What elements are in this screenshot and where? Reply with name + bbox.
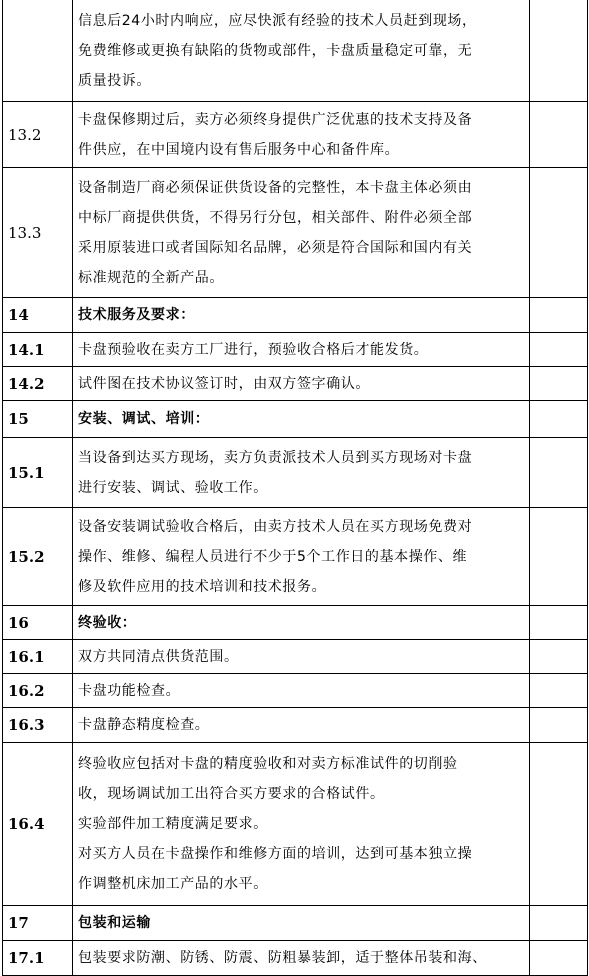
item-number: 15.1 — [3, 438, 73, 508]
remarks-cell — [530, 508, 588, 606]
remarks-cell — [530, 333, 588, 367]
description-line: 包装和运输 — [78, 908, 525, 938]
description-line: 终验收应包括对卡盘的精度验收和对卖方标准试件的切削验 — [78, 749, 525, 779]
description-line: 标准规范的全新产品。 — [78, 263, 525, 293]
section-heading: 包装和运输 — [73, 906, 530, 941]
table-row: 16.4终验收应包括对卡盘的精度验收和对卖方标准试件的切削验收，现场调试加工出符… — [3, 743, 588, 906]
remarks-cell — [530, 640, 588, 674]
description-line: 质量投诉。 — [78, 66, 525, 96]
section-heading: 技术服务及要求： — [73, 298, 530, 333]
description-line: 件供应，在中国境内设有售后服务中心和备件库。 — [78, 135, 525, 165]
item-description: 卡盘静态精度检查。 — [73, 708, 530, 743]
description-line: 信息后24小时内响应，应尽快派有经验的技术人员赶到现场， — [78, 6, 525, 36]
remarks-cell — [530, 438, 588, 508]
item-number: 17.1 — [3, 941, 73, 976]
remarks-cell — [530, 743, 588, 906]
description-line: 试件图在技术协议签订时，由双方签字确认。 — [78, 369, 525, 399]
item-description: 卡盘功能检查。 — [73, 674, 530, 708]
item-number: 13.2 — [3, 102, 73, 168]
remarks-cell — [530, 367, 588, 401]
table-row: 17.1包装要求防潮、防锈、防震、防粗暴装卸，适于整体吊装和海、 — [3, 941, 588, 976]
description-line: 卡盘静态精度检查。 — [78, 710, 525, 740]
table-row: 17包装和运输 — [3, 906, 588, 941]
item-number: 17 — [3, 906, 73, 941]
item-number: 13.3 — [3, 168, 73, 298]
section-heading: 安装、调试、培训： — [73, 401, 530, 438]
table-row: 15.2设备安装调试验收合格后，由卖方技术人员在买方现场免费对操作、维修、编程人… — [3, 508, 588, 606]
item-description: 设备安装调试验收合格后，由卖方技术人员在买方现场免费对操作、维修、编程人员进行不… — [73, 508, 530, 606]
description-line: 卡盘功能检查。 — [78, 676, 525, 706]
item-number: 14 — [3, 298, 73, 333]
table-row: 13.3设备制造厂商必须保证供货设备的完整性，本卡盘主体必须由中标厂商提供供货，… — [3, 168, 588, 298]
item-description: 设备制造厂商必须保证供货设备的完整性，本卡盘主体必须由中标厂商提供供货，不得另行… — [73, 168, 530, 298]
table-row: 15.1当设备到达买方现场，卖方负责派技术人员到买方现场对卡盘进行安装、调试、验… — [3, 438, 588, 508]
description-line: 采用原装进口或者国际知名品牌，必须是符合国际和国内有关 — [78, 233, 525, 263]
description-line: 实验部件加工精度满足要求。 — [78, 809, 525, 839]
table-row: 16.2卡盘功能检查。 — [3, 674, 588, 708]
section-heading: 终验收： — [73, 606, 530, 640]
item-number: 14.1 — [3, 333, 73, 367]
description-line: 进行安装、调试、验收工作。 — [78, 473, 525, 503]
remarks-cell — [530, 298, 588, 333]
item-number: 16.1 — [3, 640, 73, 674]
table-row: 14技术服务及要求： — [3, 298, 588, 333]
table-row: 16.1双方共同清点供货范围。 — [3, 640, 588, 674]
description-line: 技术服务及要求： — [78, 300, 525, 330]
item-number: 16.4 — [3, 743, 73, 906]
table-row: 信息后24小时内响应，应尽快派有经验的技术人员赶到现场，免费维修或更换有缺陷的货… — [3, 0, 588, 102]
item-description: 双方共同清点供货范围。 — [73, 640, 530, 674]
item-description: 当设备到达买方现场，卖方负责派技术人员到买方现场对卡盘进行安装、调试、验收工作。 — [73, 438, 530, 508]
item-number: 14.2 — [3, 367, 73, 401]
remarks-cell — [530, 906, 588, 941]
description-line: 双方共同清点供货范围。 — [78, 642, 525, 672]
description-line: 终验收： — [78, 608, 525, 638]
description-line: 卡盘保修期过后，卖方必须终身提供广泛优惠的技术支持及备 — [78, 105, 525, 135]
item-description: 卡盘预验收在卖方工厂进行，预验收合格后才能发货。 — [73, 333, 530, 367]
item-number: 15 — [3, 401, 73, 438]
remarks-cell — [530, 708, 588, 743]
description-line: 设备安装调试验收合格后，由卖方技术人员在买方现场免费对 — [78, 512, 525, 542]
item-description: 信息后24小时内响应，应尽快派有经验的技术人员赶到现场，免费维修或更换有缺陷的货… — [73, 0, 530, 102]
remarks-cell — [530, 941, 588, 976]
remarks-cell — [530, 102, 588, 168]
item-number: 16.3 — [3, 708, 73, 743]
description-line: 中标厂商提供供货，不得另行分包，相关部件、附件必须全部 — [78, 203, 525, 233]
description-line: 免费维修或更换有缺陷的货物或部件，卡盘质量稳定可靠，无 — [78, 36, 525, 66]
item-description: 终验收应包括对卡盘的精度验收和对卖方标准试件的切削验收，现场调试加工出符合买方要… — [73, 743, 530, 906]
item-number: 16 — [3, 606, 73, 640]
item-number: 16.2 — [3, 674, 73, 708]
remarks-cell — [530, 606, 588, 640]
table-row: 16.3卡盘静态精度检查。 — [3, 708, 588, 743]
table-row: 13.2卡盘保修期过后，卖方必须终身提供广泛优惠的技术支持及备件供应，在中国境内… — [3, 102, 588, 168]
item-number: 15.2 — [3, 508, 73, 606]
description-line: 设备制造厂商必须保证供货设备的完整性，本卡盘主体必须由 — [78, 173, 525, 203]
description-line: 收，现场调试加工出符合买方要求的合格试件。 — [78, 779, 525, 809]
description-line: 作调整机床加工产品的水平。 — [78, 869, 525, 899]
item-description: 包装要求防潮、防锈、防震、防粗暴装卸，适于整体吊装和海、 — [73, 941, 530, 976]
remarks-cell — [530, 168, 588, 298]
spec-table: 信息后24小时内响应，应尽快派有经验的技术人员赶到现场，免费维修或更换有缺陷的货… — [2, 0, 588, 976]
table-row: 14.2试件图在技术协议签订时，由双方签字确认。 — [3, 367, 588, 401]
remarks-cell — [530, 0, 588, 102]
table-row: 16终验收： — [3, 606, 588, 640]
description-line: 修及软件应用的技术培训和技术报务。 — [78, 572, 525, 602]
table-row: 14.1卡盘预验收在卖方工厂进行，预验收合格后才能发货。 — [3, 333, 588, 367]
item-number — [3, 0, 73, 102]
item-description: 试件图在技术协议签订时，由双方签字确认。 — [73, 367, 530, 401]
description-line: 操作、维修、编程人员进行不少于5个工作日的基本操作、维 — [78, 542, 525, 572]
remarks-cell — [530, 674, 588, 708]
table-row: 15安装、调试、培训： — [3, 401, 588, 438]
remarks-cell — [530, 401, 588, 438]
description-line: 当设备到达买方现场，卖方负责派技术人员到买方现场对卡盘 — [78, 443, 525, 473]
description-line: 安装、调试、培训： — [78, 404, 525, 434]
description-line: 对买方人员在卡盘操作和维修方面的培训，达到可基本独立操 — [78, 839, 525, 869]
item-description: 卡盘保修期过后，卖方必须终身提供广泛优惠的技术支持及备件供应，在中国境内设有售后… — [73, 102, 530, 168]
description-line: 包装要求防潮、防锈、防震、防粗暴装卸，适于整体吊装和海、 — [78, 943, 525, 973]
description-line: 卡盘预验收在卖方工厂进行，预验收合格后才能发货。 — [78, 335, 525, 365]
